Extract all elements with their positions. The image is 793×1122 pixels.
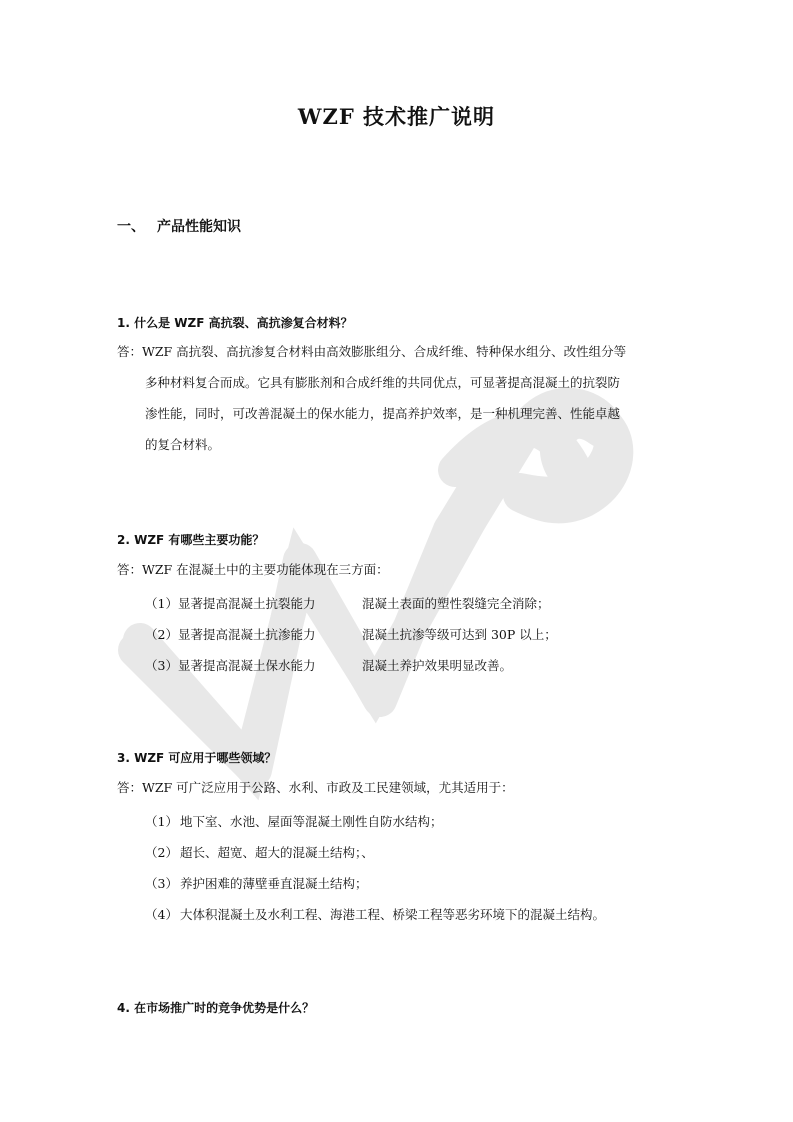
question-text: 在市场推广时的竞争优势是什么？ — [134, 1001, 314, 1015]
answer-1-line-1: 答：WZF 高抗裂、高抗渗复合材料由高效膨胀组分、合成纤维、特种保水组分、改性组… — [117, 344, 626, 360]
application-item: （1）地下室、水池、屋面等混凝土刚性自防水结构； — [145, 812, 443, 830]
application-item: （4）大体积混凝土及水利工程、海港工程、桥梁工程等恶劣环境下的混凝土结构。 — [145, 905, 605, 923]
section-heading: 一、产品性能知识 — [117, 216, 241, 236]
item-text: 大体积混凝土及水利工程、海港工程、桥梁工程等恶劣环境下的混凝土结构。 — [180, 907, 605, 922]
item-number: （1） — [145, 812, 180, 830]
document-page: WZF 技术推广说明 一、产品性能知识 1. 什么是 WZF 高抗裂、高抗渗复合… — [0, 0, 793, 1122]
item-number: （3） — [145, 874, 180, 892]
function-effect: 混凝土抗渗等级可达到 30P 以上； — [362, 627, 557, 642]
document-title: WZF 技术推广说明 — [0, 101, 793, 131]
function-label: （2）显著提高混凝土抗渗能力 — [145, 625, 362, 643]
function-row: （1）显著提高混凝土抗裂能力混凝土表面的塑性裂缝完全消除； — [145, 594, 550, 612]
question-number: 4. — [117, 1001, 130, 1015]
item-text: 地下室、水池、屋面等混凝土刚性自防水结构； — [180, 814, 443, 829]
function-label: （3）显著提高混凝土保水能力 — [145, 656, 362, 674]
question-text: WZF 有哪些主要功能？ — [134, 533, 264, 547]
question-number: 3. — [117, 751, 130, 765]
question-1: 1. 什么是 WZF 高抗裂、高抗渗复合材料？ — [117, 314, 353, 331]
item-text: 超长、超宽、超大的混凝土结构；、 — [180, 845, 374, 860]
item-number: （2） — [145, 843, 180, 861]
section-number: 一、 — [117, 216, 157, 236]
application-item: （2）超长、超宽、超大的混凝土结构；、 — [145, 843, 374, 861]
question-text: WZF 可应用于哪些领域？ — [134, 751, 276, 765]
function-row: （3）显著提高混凝土保水能力混凝土养护效果明显改善。 — [145, 656, 512, 674]
answer-3-intro: 答：WZF 可广泛应用于公路、水利、市政及工民建领域，尤其适用于： — [117, 780, 514, 796]
item-text: 养护困难的薄壁垂直混凝土结构； — [180, 876, 368, 891]
function-effect: 混凝土养护效果明显改善。 — [362, 658, 512, 673]
answer-2-intro: 答：WZF 在混凝土中的主要功能体现在三方面： — [117, 562, 389, 578]
function-row: （2）显著提高混凝土抗渗能力混凝土抗渗等级可达到 30P 以上； — [145, 625, 557, 643]
section-title: 产品性能知识 — [157, 219, 241, 235]
application-item: （3）养护困难的薄壁垂直混凝土结构； — [145, 874, 368, 892]
item-number: （4） — [145, 905, 180, 923]
function-effect: 混凝土表面的塑性裂缝完全消除； — [362, 596, 550, 611]
answer-1-line-3: 渗性能，同时，可改善混凝土的保水能力，提高养护效率，是一种机理完善、性能卓越 — [145, 406, 620, 422]
question-number: 2. — [117, 533, 130, 547]
question-text: 什么是 WZF 高抗裂、高抗渗复合材料？ — [134, 316, 353, 330]
question-3: 3. WZF 可应用于哪些领域？ — [117, 749, 276, 766]
answer-1-line-4: 的复合材料。 — [145, 437, 220, 453]
question-number: 1. — [117, 316, 130, 330]
question-4: 4. 在市场推广时的竞争优势是什么？ — [117, 999, 314, 1016]
function-label: （1）显著提高混凝土抗裂能力 — [145, 594, 362, 612]
question-2: 2. WZF 有哪些主要功能？ — [117, 531, 264, 548]
answer-1-line-2: 多种材料复合而成。它具有膨胀剂和合成纤维的共同优点，可显著提高混凝土的抗裂防 — [145, 375, 620, 391]
